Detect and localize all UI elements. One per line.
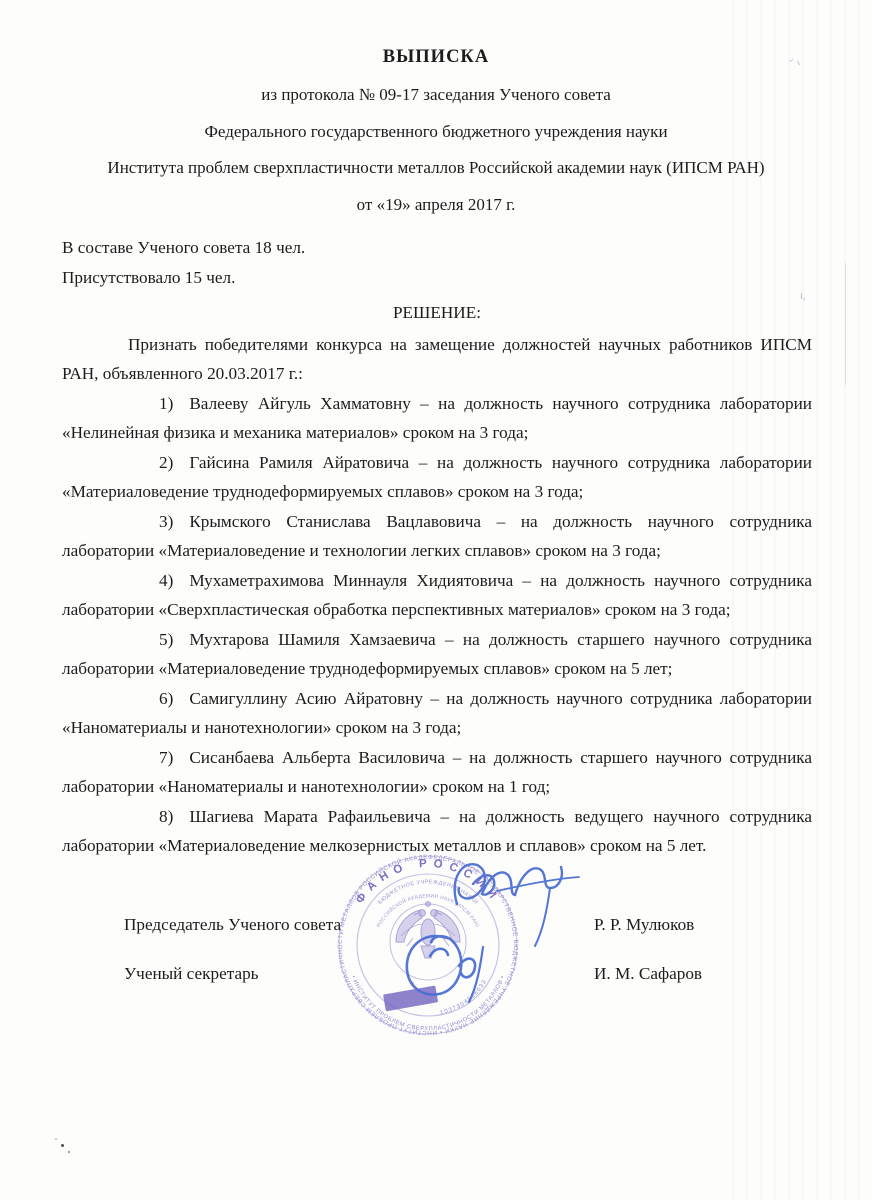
header-line-institution-1: Федерального государственного бюджетного…: [0, 114, 872, 151]
document-title: ВЫПИСКА: [0, 42, 872, 72]
signature-row-chairman: Председатель Ученого совета Р. Р. Мулюко…: [124, 901, 872, 950]
winner-item-3: 3)Крымского Станислава Вацлавовича – на …: [62, 507, 812, 566]
winner-item-8: 8)Шагиева Марата Рафаильевича – на должн…: [62, 802, 812, 861]
header-line-date: от «19» апреля 2017 г.: [0, 187, 872, 224]
scan-artifact: [61, 1144, 64, 1147]
decision-intro: Признать победителями конкурса на замеще…: [62, 330, 812, 389]
document-body: В составе Ученого совета 18 чел. Присутс…: [62, 233, 812, 861]
winner-item-7: 7)Сисанбаева Альберта Василовича – на до…: [62, 743, 812, 802]
council-size-line: В составе Ученого совета 18 чел.: [62, 233, 812, 263]
scan-artifact: [845, 263, 846, 385]
scanned-document-page: ВЫПИСКА из протокола № 09-17 заседания У…: [0, 0, 872, 1200]
signature-role: Председатель Ученого совета: [124, 915, 532, 935]
header-line-institution-2: Института проблем сверхпластичности мета…: [0, 150, 872, 187]
winner-item-6: 6)Самигуллину Асию Айратовну – на должно…: [62, 684, 812, 743]
winner-number: 4): [159, 571, 189, 590]
signature-block: Председатель Ученого совета Р. Р. Мулюко…: [124, 901, 872, 999]
signature-name: Р. Р. Мулюков: [594, 915, 694, 935]
signature-row-secretary: Ученый секретарь И. М. Сафаров: [124, 950, 872, 999]
winner-number: 7): [159, 748, 189, 767]
winner-number: 3): [159, 512, 189, 531]
document-header: ВЫПИСКА из протокола № 09-17 заседания У…: [0, 0, 872, 223]
decision-heading: РЕШЕНИЕ:: [62, 298, 812, 328]
winner-number: 8): [159, 807, 189, 826]
winner-number: 1): [159, 394, 189, 413]
stamp-agency-text: ФАНО РОССИИ: [354, 858, 502, 906]
winner-item-5: 5)Мухтарова Шамиля Хамзаевича – на должн…: [62, 625, 812, 684]
scan-artifact: [68, 1151, 70, 1153]
winner-number: 5): [159, 630, 189, 649]
header-line-protocol: из протокола № 09-17 заседания Ученого с…: [0, 77, 872, 114]
signature-name: И. М. Сафаров: [594, 964, 702, 984]
winner-number: 2): [159, 453, 189, 472]
winner-item-4: 4)Мухаметрахимова Миннауля Хидиятовича –…: [62, 566, 812, 625]
winner-item-1: 1)Валееву Айгуль Хамматовну – на должнос…: [62, 389, 812, 448]
winner-number: 6): [159, 689, 189, 708]
scan-artifact: [55, 1138, 57, 1140]
attendance-line: Присутствовало 15 чел.: [62, 263, 812, 293]
winner-item-2: 2)Гайсина Рамиля Айратовича – на должнос…: [62, 448, 812, 507]
signature-role: Ученый секретарь: [124, 964, 532, 984]
